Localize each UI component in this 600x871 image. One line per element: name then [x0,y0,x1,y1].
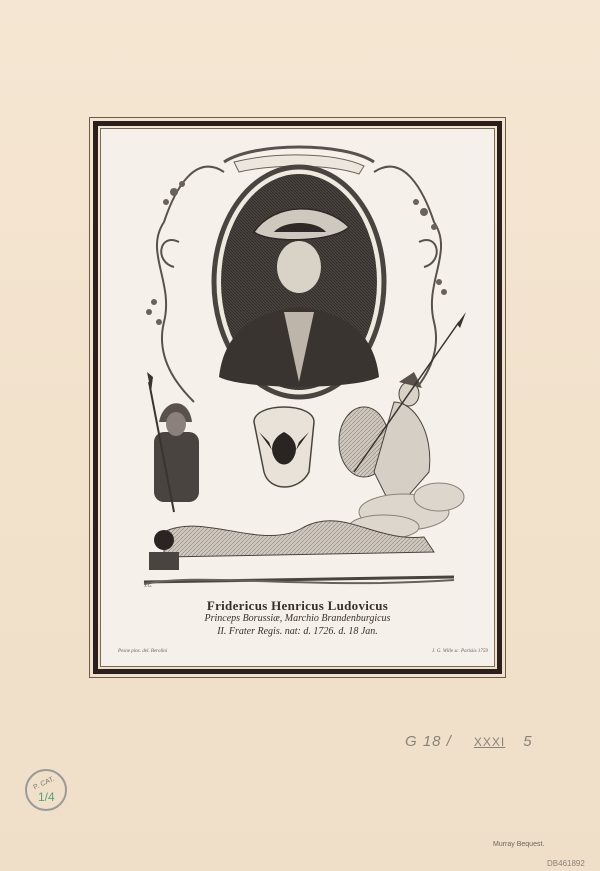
credit-engraver: J. G. Wille sc. Parisiis 1759 [432,649,488,654]
pencil-ref: G 18 / [405,733,452,750]
pencil-annotation: G 18 /XXXI5 [405,733,533,750]
credit-painter: Pesne pinx. del. Berolini [118,649,167,654]
engraving-print: ...pugnabis ibi ... Thes. I... [104,132,491,663]
accession-number: DB461892 [547,859,585,868]
collection-stamp: Murray Bequest. [493,841,544,848]
pencil-number: 5 [523,733,532,750]
soldier-figure [147,372,199,512]
caption-name: Fridericus Henricus Ludovicus [104,598,491,614]
caption-title: Princeps Borussiæ, Marchio Brandenburgic… [104,613,491,624]
catalogue-stamp: P. CAT. 1/4 [25,769,67,811]
pencil-roman: XXXI [474,735,505,749]
caption-birth: II. Frater Regis. nat: d. 1726. d. 18 Ja… [104,626,491,637]
artist-monogram: J.G. [144,584,152,589]
stamp-number: 1/4 [38,790,55,804]
engraving-artwork: ...pugnabis ibi ... Thes. I... [104,132,491,663]
prussian-eagle-shield [254,407,314,487]
